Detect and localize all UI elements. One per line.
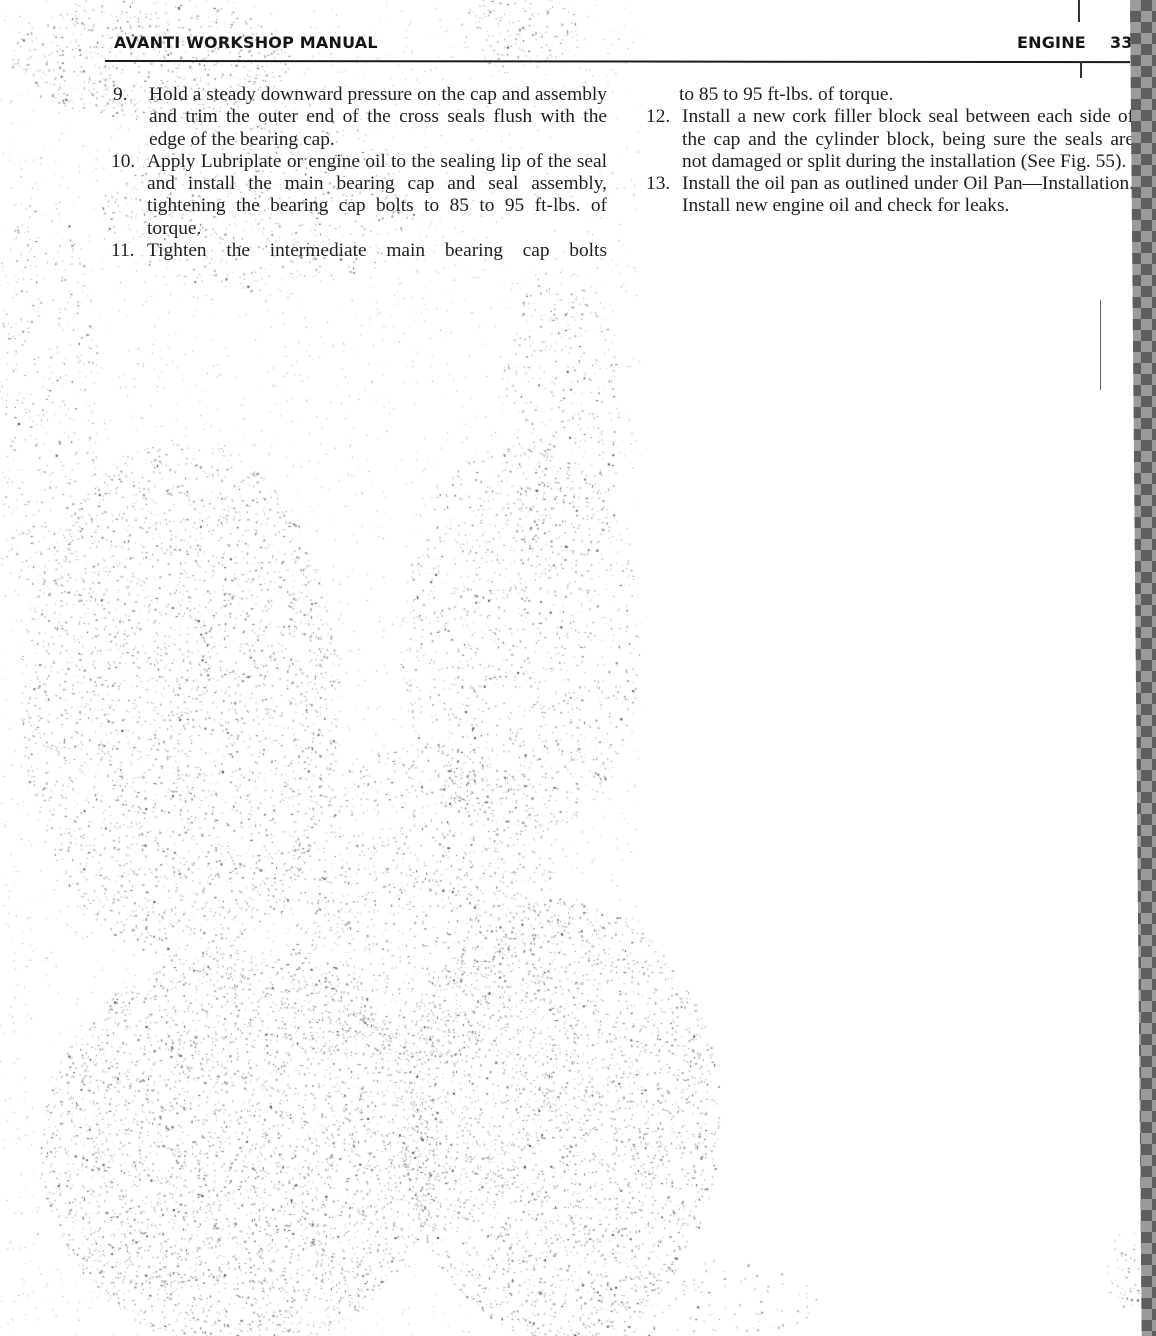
step-13: 13. Install the oil pan as outlined unde… — [646, 173, 1134, 218]
left-column: 9. Hold a steady downward pressure on th… — [113, 84, 607, 262]
step-10: 10. Apply Lubriplate or engine oil to th… — [111, 151, 607, 240]
step-number: 11. — [111, 240, 135, 262]
right-column: to 85 to 95 ft-lbs. of torque. 12. Insta… — [646, 84, 1134, 218]
step-text: to 85 to 95 ft-lbs. of torque. — [679, 84, 893, 105]
step-number: 13. — [646, 173, 670, 195]
step-11-continuation: to 85 to 95 ft-lbs. of torque. — [646, 84, 1134, 106]
manual-title: AVANTI WORKSHOP MANUAL — [114, 33, 378, 52]
page-number: 33 — [1110, 33, 1133, 52]
step-number: 10. — [111, 151, 135, 173]
section-title: ENGINE — [1017, 33, 1086, 52]
step-number: 9. — [113, 84, 128, 106]
manual-page: AVANTI WORKSHOP MANUAL ENGINE 33 9. Hold… — [0, 0, 1156, 1336]
step-text: Tighten the intermediate main bearing ca… — [147, 240, 607, 262]
step-12: 12. Install a new cork filler block seal… — [646, 106, 1134, 173]
step-11: 11. Tighten the intermediate main bearin… — [111, 240, 607, 262]
scan-mark — [1078, 0, 1080, 22]
step-text: Hold a steady downward pressure on the c… — [149, 84, 607, 150]
step-number: 12. — [646, 106, 670, 128]
header-rule — [105, 60, 1130, 63]
step-9: 9. Hold a steady downward pressure on th… — [113, 84, 607, 151]
scan-mark — [1080, 62, 1082, 78]
scan-mark — [1100, 300, 1101, 390]
step-text: Install a new cork filler block seal bet… — [682, 106, 1134, 172]
step-text: Install the oil pan as outlined under Oi… — [682, 173, 1134, 216]
step-text: Apply Lubriplate or engine oil to the se… — [147, 151, 607, 239]
